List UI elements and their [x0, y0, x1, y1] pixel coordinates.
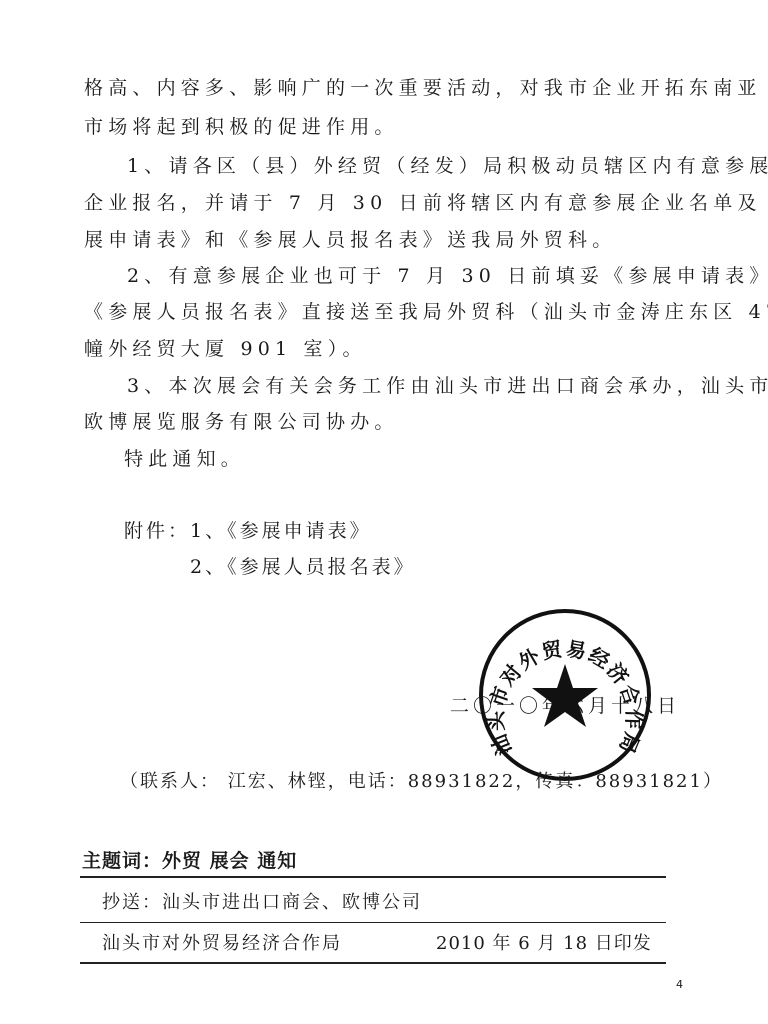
divider [80, 922, 666, 923]
body-line: 2、有意参展企业也可于 7 月 30 日前填妥《参展申请表》和 [127, 264, 768, 288]
body-line: 《参展人员报名表》直接送至我局外贸科（汕头市金涛庄东区 47 [84, 300, 768, 324]
issue-date: 2010 年 6 月 18 日印发 [436, 929, 652, 955]
body-line: 1、请各区（县）外经贸（经发）局积极动员辖区内有意参展 [127, 154, 768, 178]
body-line: 3、本次展会有关会务工作由汕头市进出口商会承办，汕头市 [127, 374, 768, 398]
official-seal-icon: 汕头市对外贸易经济合作局 [476, 606, 654, 784]
divider [80, 876, 666, 878]
issuer: 汕头市对外贸易经济合作局 [102, 929, 342, 955]
page-number: 4 [676, 978, 683, 991]
contact-info: （联系人： 江宏、林铿，电话：88931822，传真：88931821） [120, 770, 723, 794]
body-line: 展申请表》和《参展人员报名表》送我局外贸科。 [84, 228, 616, 252]
body-line: 欧博展览服务有限公司协办。 [84, 410, 399, 434]
attachment-item-2: 2、《参展人员报名表》 [190, 555, 416, 579]
divider [80, 962, 666, 964]
keywords: 主题词：外贸 展会 通知 [82, 846, 297, 873]
star-icon [532, 664, 598, 727]
closing-line: 特此通知。 [124, 447, 245, 471]
body-line: 市场将起到积极的促进作用。 [84, 115, 399, 139]
body-line: 格高、内容多、影响广的一次重要活动，对我市企业开拓东南亚 [84, 76, 762, 100]
cc-recipients: 抄送：汕头市进出口商会、欧博公司 [102, 888, 422, 914]
document-page: 格高、内容多、影响广的一次重要活动，对我市企业开拓东南亚 市场将起到积极的促进作… [0, 0, 768, 1024]
body-line: 企业报名，并请于 7 月 30 日前将辖区内有意参展企业名单及《参 [84, 191, 768, 215]
body-line: 幢外经贸大厦 901 室）。 [84, 337, 367, 361]
attachments-label: 附件： [124, 519, 190, 543]
attachment-item-1: 1、《参展申请表》 [190, 519, 372, 543]
